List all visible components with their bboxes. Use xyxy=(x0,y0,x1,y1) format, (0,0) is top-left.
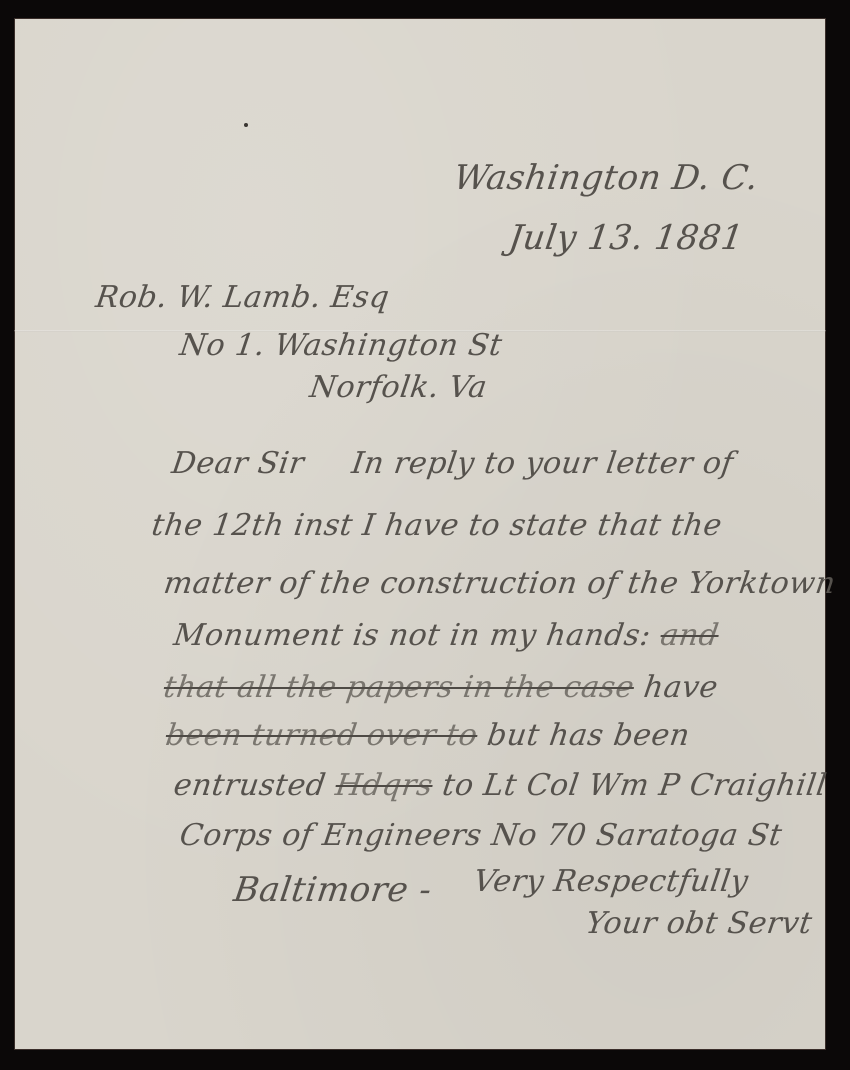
signature: Your obt Servt xyxy=(584,906,815,941)
body-line-5-text: have xyxy=(642,670,721,705)
body-line-6-text: but has been xyxy=(485,718,692,753)
date-line: July 13. 1881 xyxy=(506,218,746,258)
closing: Very Respectfully xyxy=(472,864,751,899)
body-line-7: entrusted Hdqrs to Lt Col Wm P Craighill xyxy=(172,768,829,803)
body-line-3: matter of the construction of the Yorkto… xyxy=(162,566,838,601)
body-line-9: Baltimore - xyxy=(231,870,434,910)
struck-text: Hdqrs xyxy=(333,768,435,803)
body-line-7-after: to Lt Col Wm P Craighill xyxy=(440,768,829,803)
body-line-4-text: Monument is not in my hands: xyxy=(172,618,654,653)
body-line-1: In reply to your letter of xyxy=(350,446,736,481)
struck-text: and xyxy=(658,618,721,653)
paper-speck xyxy=(244,123,248,127)
body-line-2: the 12th inst I have to state that the xyxy=(150,508,725,543)
recipient-name: Rob. W. Lamb. Esq xyxy=(94,280,392,315)
body-line-4: Monument is not in my hands: and xyxy=(172,618,722,653)
letter-paper: Washington D. C. July 13. 1881 Rob. W. L… xyxy=(14,18,826,1050)
body-line-5: that all the papers in the case have xyxy=(162,670,721,705)
body-line-8: Corps of Engineers No 70 Saratoga St xyxy=(178,818,785,853)
salutation: Dear Sir xyxy=(170,446,307,481)
body-line-6: been turned over to but has been xyxy=(164,718,693,753)
place-line: Washington D. C. xyxy=(451,158,761,198)
struck-text: that all the papers in the case xyxy=(162,670,637,705)
struck-text: been turned over to xyxy=(164,718,480,753)
recipient-street: No 1. Washington St xyxy=(178,328,505,363)
body-line-7-text: entrusted xyxy=(172,768,329,803)
recipient-city: Norfolk. Va xyxy=(308,370,490,405)
